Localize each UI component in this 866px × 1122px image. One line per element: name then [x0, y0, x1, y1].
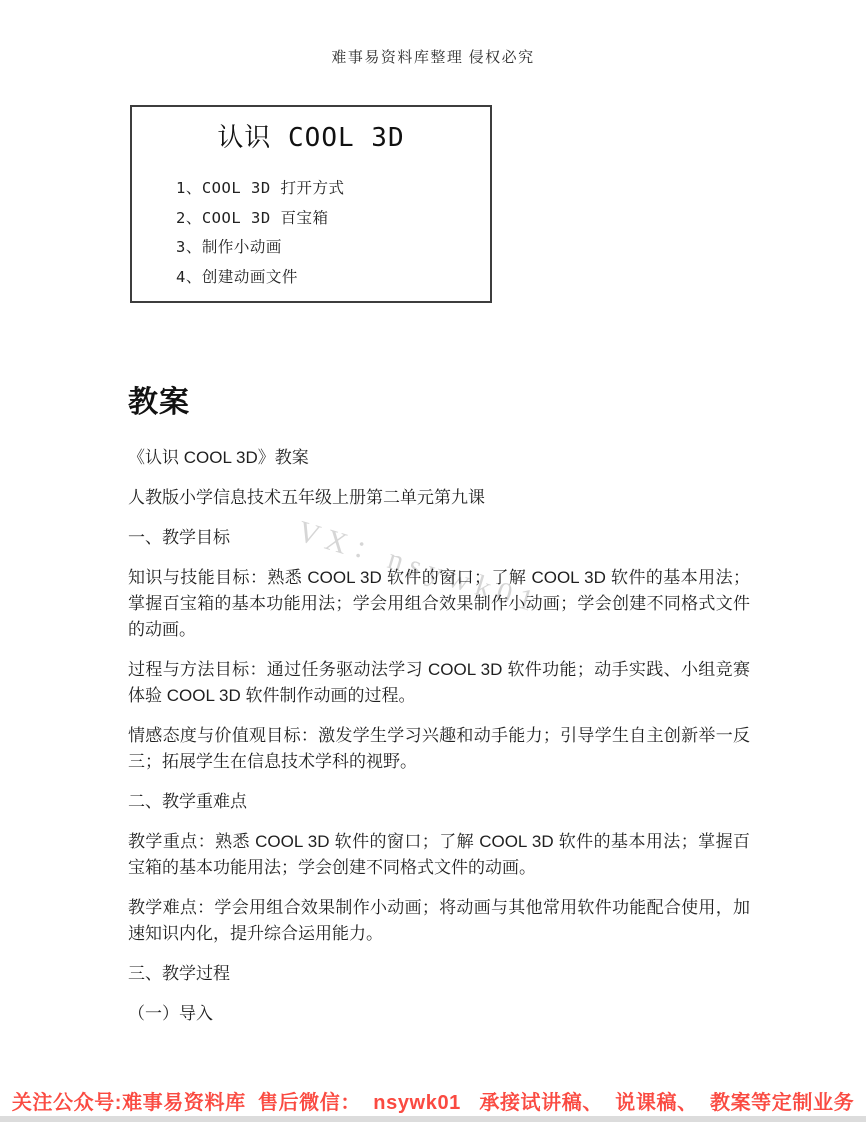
promo-footer-banner: 关注公众号:难事易资料库 售后微信： nsywk01 承接试讲稿、 说课稿、 教…	[0, 1086, 866, 1115]
cover-title-box: 认识 COOL 3D 1、COOL 3D 打开方式 2、COOL 3D 百宝箱 …	[130, 105, 492, 303]
page-title: 教案	[128, 385, 750, 421]
cover-outline-item-3: 3、制作小动画	[176, 233, 490, 263]
cover-outline-item-4: 4、创建动画文件	[176, 263, 490, 293]
cover-box-title: 认识 COOL 3D	[132, 117, 490, 154]
section-2-heading: 二、教学重难点	[128, 789, 750, 815]
para-key-points: 教学重点：熟悉 COOL 3D 软件的窗口；了解 COOL 3D 软件的基本用法…	[128, 829, 750, 881]
section-1-heading: 一、教学目标	[128, 525, 750, 551]
doc-subtitle: 《认识 COOL 3D》教案	[128, 445, 750, 471]
lesson-plan-body: 教案 《认识 COOL 3D》教案 人教版小学信息技术五年级上册第二单元第九课 …	[128, 385, 750, 1041]
cover-outline-item-2: 2、COOL 3D 百宝箱	[176, 204, 490, 234]
para-process-goals: 过程与方法目标：通过任务驱动法学习 COOL 3D 软件功能；动手实践、小组竞赛…	[128, 657, 750, 709]
cover-outline-list: 1、COOL 3D 打开方式 2、COOL 3D 百宝箱 3、制作小动画 4、创…	[176, 174, 490, 292]
para-lead-in: （一）导入	[128, 1001, 750, 1027]
para-difficult-points: 教学难点：学会用组合效果制作小动画；将动画与其他常用软件功能配合使用，加速知识内…	[128, 895, 750, 947]
document-page: 难事易资料库整理 侵权必究 认识 COOL 3D 1、COOL 3D 打开方式 …	[0, 0, 866, 1122]
page-header-note: 难事易资料库整理 侵权必究	[0, 46, 866, 67]
page-bottom-edge	[0, 1116, 866, 1122]
doc-source-line: 人教版小学信息技术五年级上册第二单元第九课	[128, 485, 750, 511]
cover-outline-item-1: 1、COOL 3D 打开方式	[176, 174, 490, 204]
section-3-heading: 三、教学过程	[128, 961, 750, 987]
para-knowledge-goals: 知识与技能目标：熟悉 COOL 3D 软件的窗口；了解 COOL 3D 软件的基…	[128, 565, 750, 643]
para-affective-goals: 情感态度与价值观目标：激发学生学习兴趣和动手能力；引导学生自主创新举一反三；拓展…	[128, 723, 750, 775]
